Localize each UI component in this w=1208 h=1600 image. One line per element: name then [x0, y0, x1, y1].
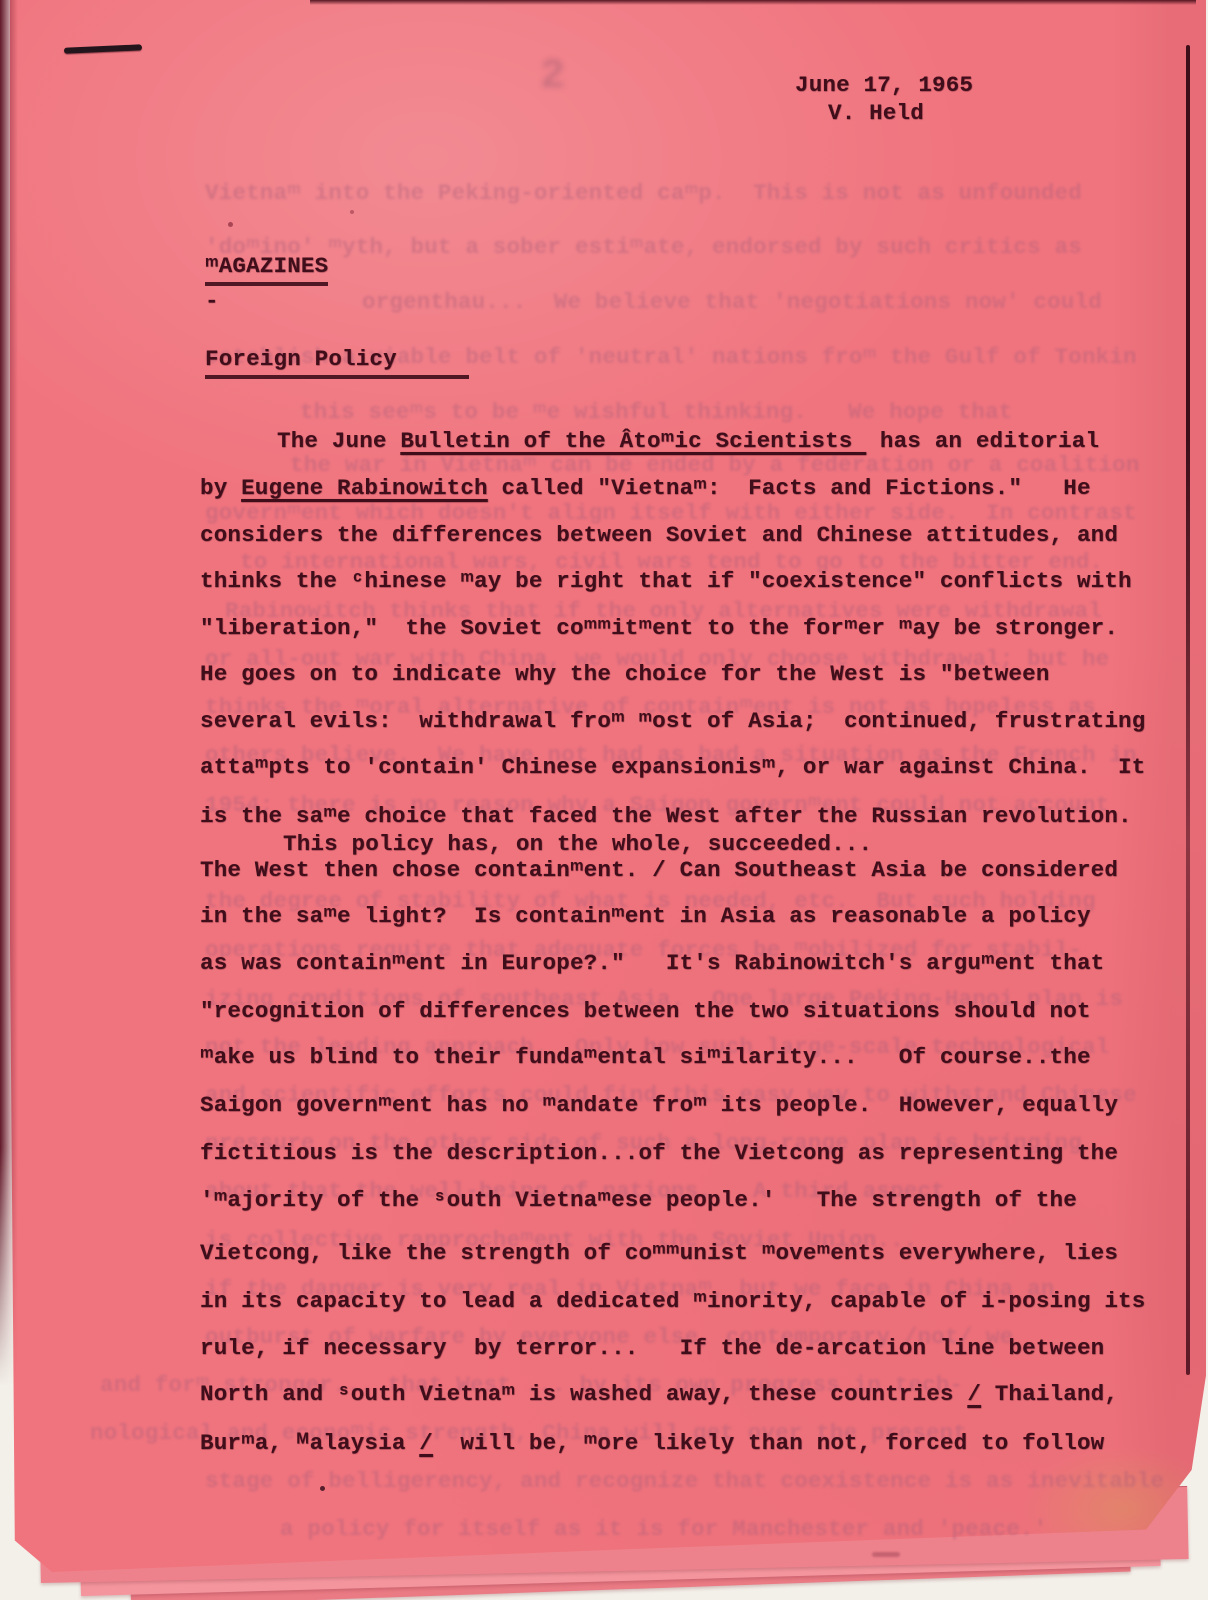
body-line: "recognition of differences between the … — [200, 998, 1091, 1024]
stray-dash-mark: - — [205, 288, 219, 314]
body-line: in the saᵐe light? Is containᵐent in Asi… — [200, 903, 1091, 929]
underlined-text-segment: / — [419, 1430, 433, 1456]
body-line: as was containᵐent in Europe?." It's Rab… — [200, 950, 1104, 976]
body-line: 'ᵐajority of the ˢouth Vietnaᵐese people… — [200, 1187, 1077, 1213]
text-segment: "recognition of differences between the … — [200, 998, 1091, 1024]
body-line: Saigon governᵐent has no ᵐandate froᵐ it… — [200, 1092, 1118, 1118]
text-segment: 'ᵐajority of the ˢouth Vietnaᵐese people… — [200, 1187, 1077, 1213]
text-segment: attaᵐpts to 'contain' Chinese expansioni… — [200, 754, 1145, 780]
text-segment: thinks the ᶜhinese ᵐay be right that if … — [200, 568, 1132, 594]
text-segment: The June — [277, 428, 400, 454]
subsection-heading: Foreign Policy — [205, 346, 469, 372]
body-line: rule, if necessary by terror... If the d… — [200, 1335, 1104, 1361]
body-line: in its capacity to lead a dedicated ᵐino… — [200, 1288, 1145, 1314]
text-segment: has an editorial — [866, 428, 1099, 454]
inserted-line: This policy has, on the whole, succeeded… — [283, 831, 872, 857]
body-line: The West then chose containᵐent. / Can S… — [200, 857, 1118, 883]
body-line: Burᵐa, ᴹalaysia / will be, ᵐore likely t… — [200, 1430, 1104, 1456]
text-segment: He goes on to indicate why the choice fo… — [200, 661, 1050, 687]
text-segment: ᵐake us blind to their fundaᵐental siᵐil… — [200, 1044, 1091, 1070]
body-line: Vietcong, like the strength of coᵐᵐunist… — [200, 1240, 1118, 1266]
text-segment: This policy has, on the whole, succeeded… — [283, 831, 872, 857]
section-heading: ᵐAGAZINES — [205, 253, 328, 279]
text-segment: considers the differences between Soviet… — [200, 522, 1118, 548]
author-line: V. Held — [828, 100, 924, 126]
text-segment: by — [200, 475, 241, 501]
subsection-heading-text: Foreign Policy — [205, 346, 469, 379]
text-segment: fictitious is the description...of the V… — [200, 1140, 1118, 1166]
text-segment: Saigon governᵐent has no ᵐandate froᵐ it… — [200, 1092, 1118, 1118]
body-line: several evils: withdrawal froᵐ ᵐost of A… — [200, 708, 1145, 734]
underlined-text-segment: Bulletin of the Âtoᵐic Scientists — [400, 428, 866, 454]
text-segment: will be, ᵐore likely than not, forced to… — [433, 1430, 1104, 1456]
text-segment: several evils: withdrawal froᵐ ᵐost of A… — [200, 708, 1145, 734]
text-segment: The West then chose containᵐent. / Can S… — [200, 857, 1118, 883]
typewritten-layer: June 17, 1965 V. Held ᵐAGAZINES - Foreig… — [0, 0, 1208, 1600]
body-line: is the saᵐe choice that faced the West a… — [200, 803, 1132, 829]
body-line: thinks the ᶜhinese ᵐay be right that if … — [200, 568, 1132, 594]
text-segment: as was containᵐent in Europe?." It's Rab… — [200, 950, 1104, 976]
text-segment: Thailand, — [981, 1381, 1118, 1407]
body-line: attaᵐpts to 'contain' Chinese expansioni… — [200, 754, 1145, 780]
text-segment: rule, if necessary by terror... If the d… — [200, 1335, 1104, 1361]
text-segment: called "Vietnaᵐ: Facts and Fictions." He — [488, 475, 1091, 501]
body-line: fictitious is the description...of the V… — [200, 1140, 1118, 1166]
body-line: considers the differences between Soviet… — [200, 522, 1118, 548]
section-heading-text: ᵐAGAZINES — [205, 253, 328, 286]
text-segment: Burᵐa, ᴹalaysia — [200, 1430, 419, 1456]
date-line: June 17, 1965 — [795, 72, 973, 98]
underlined-text-segment: / — [967, 1381, 981, 1407]
text-segment: "liberation," the Soviet coᵐᵐitᵐent to t… — [200, 615, 1118, 641]
underlined-text-segment: Eugene Rabinowitch — [241, 475, 488, 501]
text-segment: in the saᵐe light? Is containᵐent in Asi… — [200, 903, 1091, 929]
text-segment: Vietcong, like the strength of coᵐᵐunist… — [200, 1240, 1118, 1266]
body-line: by Eugene Rabinowitch called "Vietnaᵐ: F… — [200, 475, 1091, 501]
text-segment: North and ˢouth Vietnaᵐ is washed away, … — [200, 1381, 967, 1407]
body-line: The June Bulletin of the Âtoᵐic Scientis… — [277, 428, 1099, 454]
body-line: North and ˢouth Vietnaᵐ is washed away, … — [200, 1381, 1118, 1407]
text-segment: in its capacity to lead a dedicated ᵐino… — [200, 1288, 1145, 1314]
body-line: He goes on to indicate why the choice fo… — [200, 661, 1050, 687]
body-line: "liberation," the Soviet coᵐᵐitᵐent to t… — [200, 615, 1118, 641]
scanned-document-page: { "page": { "background_color": "#f3f0e9… — [0, 0, 1208, 1600]
body-line: ᵐake us blind to their fundaᵐental siᵐil… — [200, 1044, 1091, 1070]
text-segment: is the saᵐe choice that faced the West a… — [200, 803, 1132, 829]
